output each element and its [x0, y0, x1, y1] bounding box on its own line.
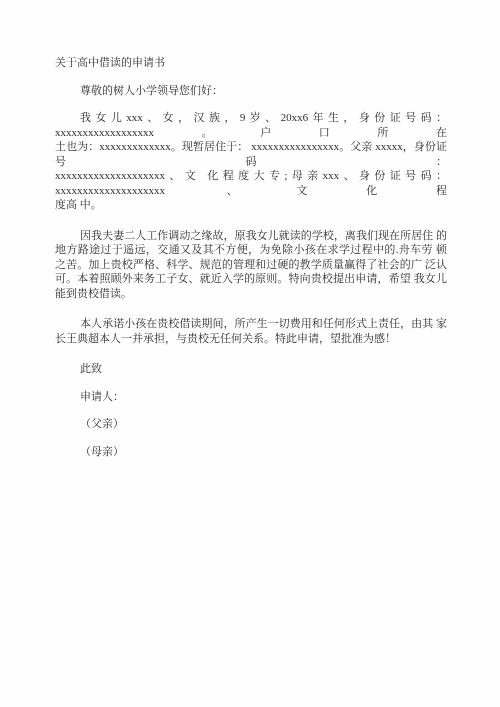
document-body: 尊敬的树人小学领导您们好：我女儿xxx、女，汉族，9岁、20xx6年生，身份证号… [55, 84, 447, 460]
applicant-label: 申请人： [55, 390, 447, 405]
text-line: （母亲） [55, 445, 447, 460]
text-line: 之苦。加上贵校严格、科学、规范的管理和过硬的教学质量赢得了社会的广 泛认 [55, 258, 447, 273]
text-line: 地方路途过于遥远，交通又及其不方便，为免除小孩在求学过程中的.舟车劳 顿 [55, 243, 447, 258]
text-line: xxxxxxxxxxxxxxxxxxxx、文 化程度大专;母亲xxx、身份证号码… [55, 169, 447, 198]
greeting: 尊敬的树人小学领导您们好： [55, 84, 447, 99]
document-title: 关于高中借读的申请书 [55, 56, 447, 71]
text-line: 能到贵校借读。 [55, 287, 447, 302]
paragraph-1: 我女儿xxx、女，汉族，9岁、20xx6年生，身份证号码： xxxxxxxxxx… [55, 111, 447, 213]
text-line: 此致 [55, 362, 447, 377]
paragraph-2: 因我夫妻二人工作调动之缘故，原我女儿就读的学校，离我们现在所居住 的地方路途过于… [55, 229, 447, 302]
paragraph-3: 本人承诺小孩在贵校借读期间，所产生一切费用和任何形式上责任，由其 家长王典超本人… [55, 317, 447, 346]
text-line: （父亲） [55, 417, 447, 432]
closing-salute: 此致 [55, 362, 447, 377]
father-signature: （父亲） [55, 417, 447, 432]
text-line: 长王典超本人一并承担，与贵校无任何关系。特此申请，望批准为感！ [55, 332, 447, 347]
text-line: 尊敬的树人小学领导您们好： [55, 84, 447, 99]
text-line: 本人承诺小孩在贵校借读期间，所产生一切费用和任何形式上责任，由其 家 [55, 317, 447, 332]
text-line: 我女儿xxx、女，汉族，9岁、20xx6年生，身份证号码： xxxxxxxxxx… [55, 111, 447, 140]
text-line: 度高 中。 [55, 198, 447, 213]
text-line: 因我夫妻二人工作调动之缘故，原我女儿就读的学校，离我们现在所居住 的 [55, 229, 447, 244]
mother-signature: （母亲） [55, 445, 447, 460]
text-line: 可。本着照顾外来务工子女、就近入学的原则。特向贵校提出申请，希望 我女儿 [55, 272, 447, 287]
text-line: 土也为：xxxxxxxxxxxxx。现暂居住于： xxxxxxxxxxxxxxx… [55, 140, 447, 169]
document-page: 关于高中借读的申请书 尊敬的树人小学领导您们好：我女儿xxx、女，汉族，9岁、2… [0, 0, 500, 707]
text-line: 申请人： [55, 390, 447, 405]
